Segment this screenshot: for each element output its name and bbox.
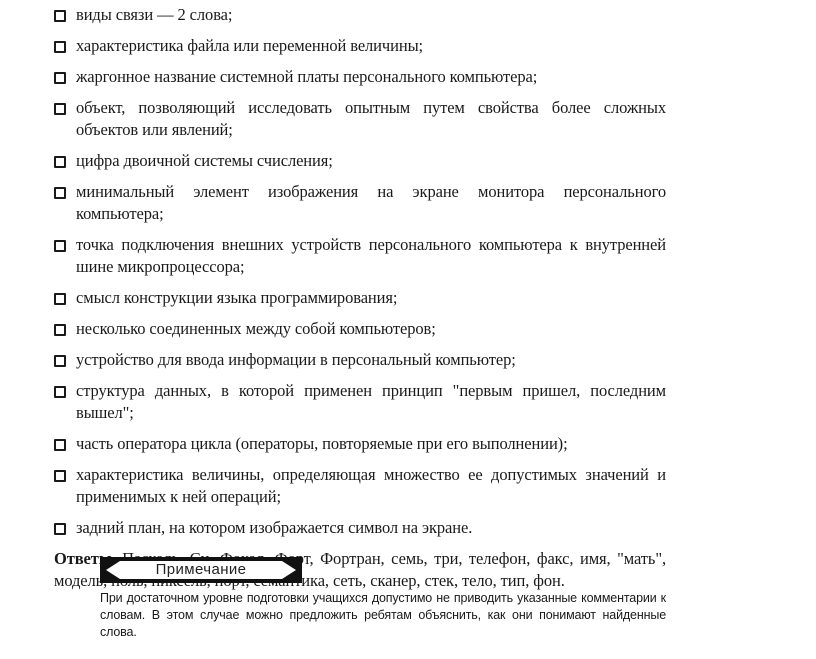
item-text: жаргонное название системной платы персо… (76, 67, 537, 86)
checkbox-bullet-icon (54, 156, 66, 168)
list-item: характеристика величины, определяющая мн… (54, 464, 666, 508)
list-item: цифра двоичной системы счисления; (54, 150, 666, 172)
list-item: точка подключения внешних устройств перс… (54, 234, 666, 278)
checkbox-bullet-icon (54, 324, 66, 336)
item-text: цифра двоичной системы счисления; (76, 151, 333, 170)
item-text: характеристика файла или переменной вели… (76, 36, 423, 55)
checkbox-bullet-icon (54, 439, 66, 451)
item-text: точка подключения внешних устройств перс… (76, 235, 666, 276)
item-text: структура данных, в которой применен при… (76, 381, 666, 422)
definitions-list: виды связи — 2 слова; характеристика фай… (54, 4, 666, 539)
list-item: несколько соединенных между собой компью… (54, 318, 666, 340)
list-item: жаргонное название системной платы персо… (54, 66, 666, 88)
item-text: устройство для ввода информации в персон… (76, 350, 516, 369)
list-item: минимальный элемент изображения на экран… (54, 181, 666, 225)
item-text: минимальный элемент изображения на экран… (76, 182, 666, 223)
checkbox-bullet-icon (54, 240, 66, 252)
item-text: задний план, на котором изображается сим… (76, 518, 472, 537)
list-item: объект, позволяющий исследовать опытным … (54, 97, 666, 141)
item-text: смысл конструкции языка программирования… (76, 288, 397, 307)
checkbox-bullet-icon (54, 523, 66, 535)
note-text: При достаточном уровне подготовки учащих… (100, 590, 666, 641)
checkbox-bullet-icon (54, 355, 66, 367)
checkbox-bullet-icon (54, 72, 66, 84)
list-item: структура данных, в которой применен при… (54, 380, 666, 424)
item-text: часть оператора цикла (операторы, повтор… (76, 434, 568, 453)
checkbox-bullet-icon (54, 293, 66, 305)
list-item: характеристика файла или переменной вели… (54, 35, 666, 57)
checkbox-bullet-icon (54, 10, 66, 22)
list-item: часть оператора цикла (операторы, повтор… (54, 433, 666, 455)
list-item: смысл конструкции языка программирования… (54, 287, 666, 309)
note-badge: Примечание (100, 557, 302, 583)
list-item: устройство для ввода информации в персон… (54, 349, 666, 371)
checkbox-bullet-icon (54, 470, 66, 482)
note-title: Примечание (100, 557, 302, 583)
checkbox-bullet-icon (54, 41, 66, 53)
checkbox-bullet-icon (54, 386, 66, 398)
checkbox-bullet-icon (54, 103, 66, 115)
item-text: виды связи — 2 слова; (76, 5, 232, 24)
item-text: характеристика величины, определяющая мн… (76, 465, 666, 506)
checkbox-bullet-icon (54, 187, 66, 199)
list-item: задний план, на котором изображается сим… (54, 517, 666, 539)
item-text: объект, позволяющий исследовать опытным … (76, 98, 666, 139)
item-text: несколько соединенных между собой компью… (76, 319, 436, 338)
document-page: виды связи — 2 слова; характеристика фай… (54, 4, 666, 609)
list-item: виды связи — 2 слова; (54, 4, 666, 26)
